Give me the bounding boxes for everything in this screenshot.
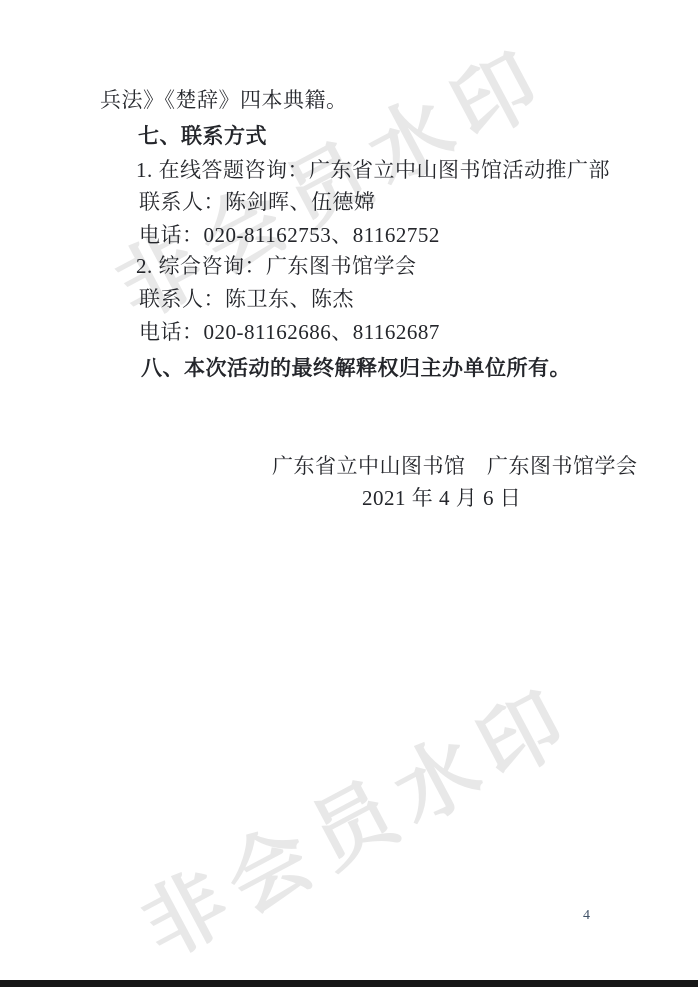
heading-final-interpretation: 八、本次活动的最终解释权归主办单位所有。 — [141, 357, 571, 379]
paragraph-phone-2: 电话：020-81162686、81162687 — [139, 321, 440, 343]
heading-contact-info: 七、联系方式 — [138, 125, 267, 147]
document-page: 非会员水印 非会员水印 兵法》《楚辞》四本典籍。 七、联系方式 1. 在线答题咨… — [0, 0, 698, 987]
paragraph-contact-person-2: 联系人：陈卫东、陈杰 — [139, 288, 354, 310]
paragraph-phone-1: 电话：020-81162753、81162752 — [139, 224, 440, 246]
watermark-bottom: 非会员水印 — [119, 654, 593, 980]
window-bottom-edge — [0, 980, 698, 987]
paragraph-general-consult: 2. 综合咨询：广东图书馆学会 — [136, 255, 417, 277]
paragraph-books-continuation: 兵法》《楚辞》四本典籍。 — [100, 89, 348, 111]
signature-organizations: 广东省立中山图书馆 广东图书馆学会 — [272, 455, 638, 477]
signature-date: 2021 年 4 月 6 日 — [362, 487, 521, 509]
paragraph-online-consult: 1. 在线答题咨询：广东省立中山图书馆活动推广部 — [136, 159, 610, 181]
paragraph-contact-person-1: 联系人：陈剑晖、伍德嫦 — [139, 191, 376, 213]
page-number: 4 — [583, 908, 590, 923]
